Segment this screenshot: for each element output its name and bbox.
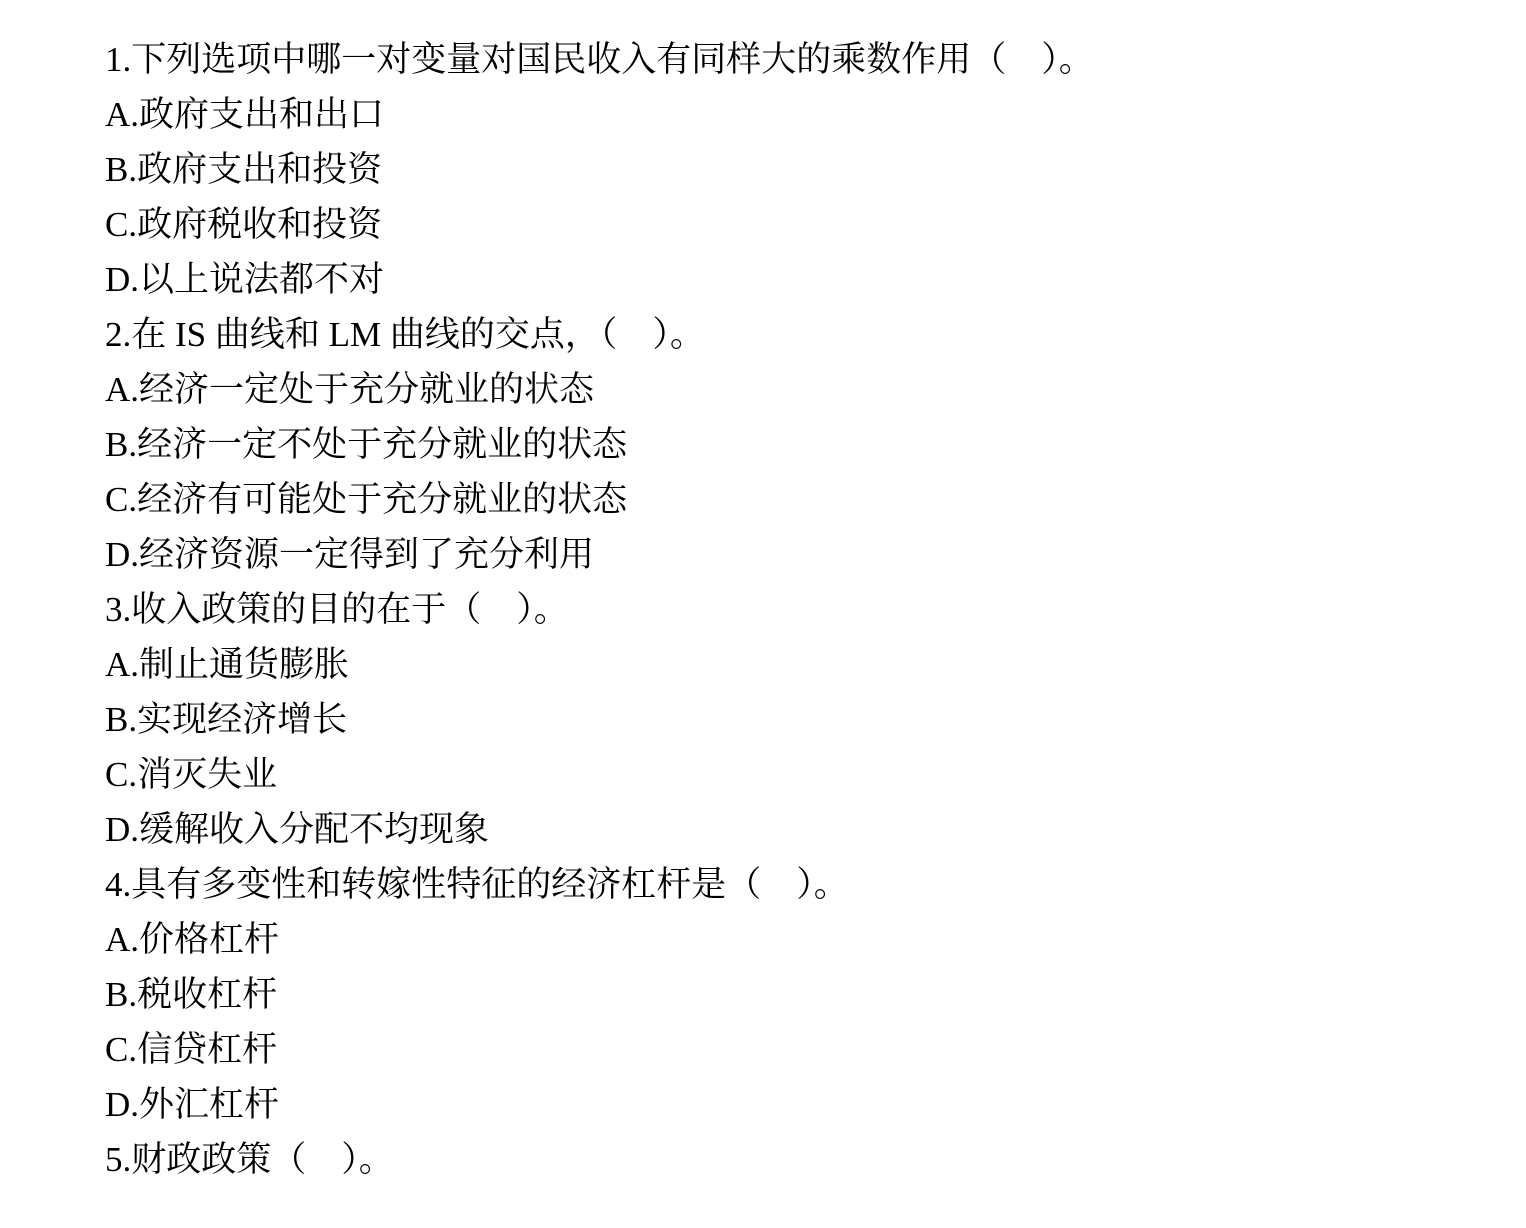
question-1-stem: 1.下列选项中哪一对变量对国民收入有同样大的乘数作用（ ）。 [105,32,1466,87]
question-2-option-d: D.经济资源一定得到了充分利用 [105,527,1466,582]
question-2-stem: 2.在 IS 曲线和 LM 曲线的交点，（ ）。 [105,307,1466,362]
question-1-option-a: A.政府支出和出口 [105,87,1466,142]
exam-document-page: 1.下列选项中哪一对变量对国民收入有同样大的乘数作用（ ）。 A.政府支出和出口… [0,0,1526,1228]
question-3-option-b: B.实现经济增长 [105,692,1466,747]
question-3-option-c: C.消灭失业 [105,747,1466,802]
question-3-option-a: A.制止通货膨胀 [105,637,1466,692]
question-5-stem: 5.财政政策（ ）。 [105,1132,1466,1187]
question-4-option-a: A.价格杠杆 [105,912,1466,967]
question-4-option-c: C.信贷杠杆 [105,1022,1466,1077]
question-3-stem: 3.收入政策的目的在于（ ）。 [105,582,1466,637]
question-4-stem: 4.具有多变性和转嫁性特征的经济杠杆是（ ）。 [105,857,1466,912]
question-4-option-b: B.税收杠杆 [105,967,1466,1022]
question-2-option-c: C.经济有可能处于充分就业的状态 [105,472,1466,527]
question-1-option-b: B.政府支出和投资 [105,142,1466,197]
question-2-option-b: B.经济一定不处于充分就业的状态 [105,417,1466,472]
question-2-option-a: A.经济一定处于充分就业的状态 [105,362,1466,417]
question-4-option-d: D.外汇杠杆 [105,1077,1466,1132]
question-1-option-c: C.政府税收和投资 [105,197,1466,252]
question-3-option-d: D.缓解收入分配不均现象 [105,802,1466,857]
question-1-option-d: D.以上说法都不对 [105,252,1466,307]
